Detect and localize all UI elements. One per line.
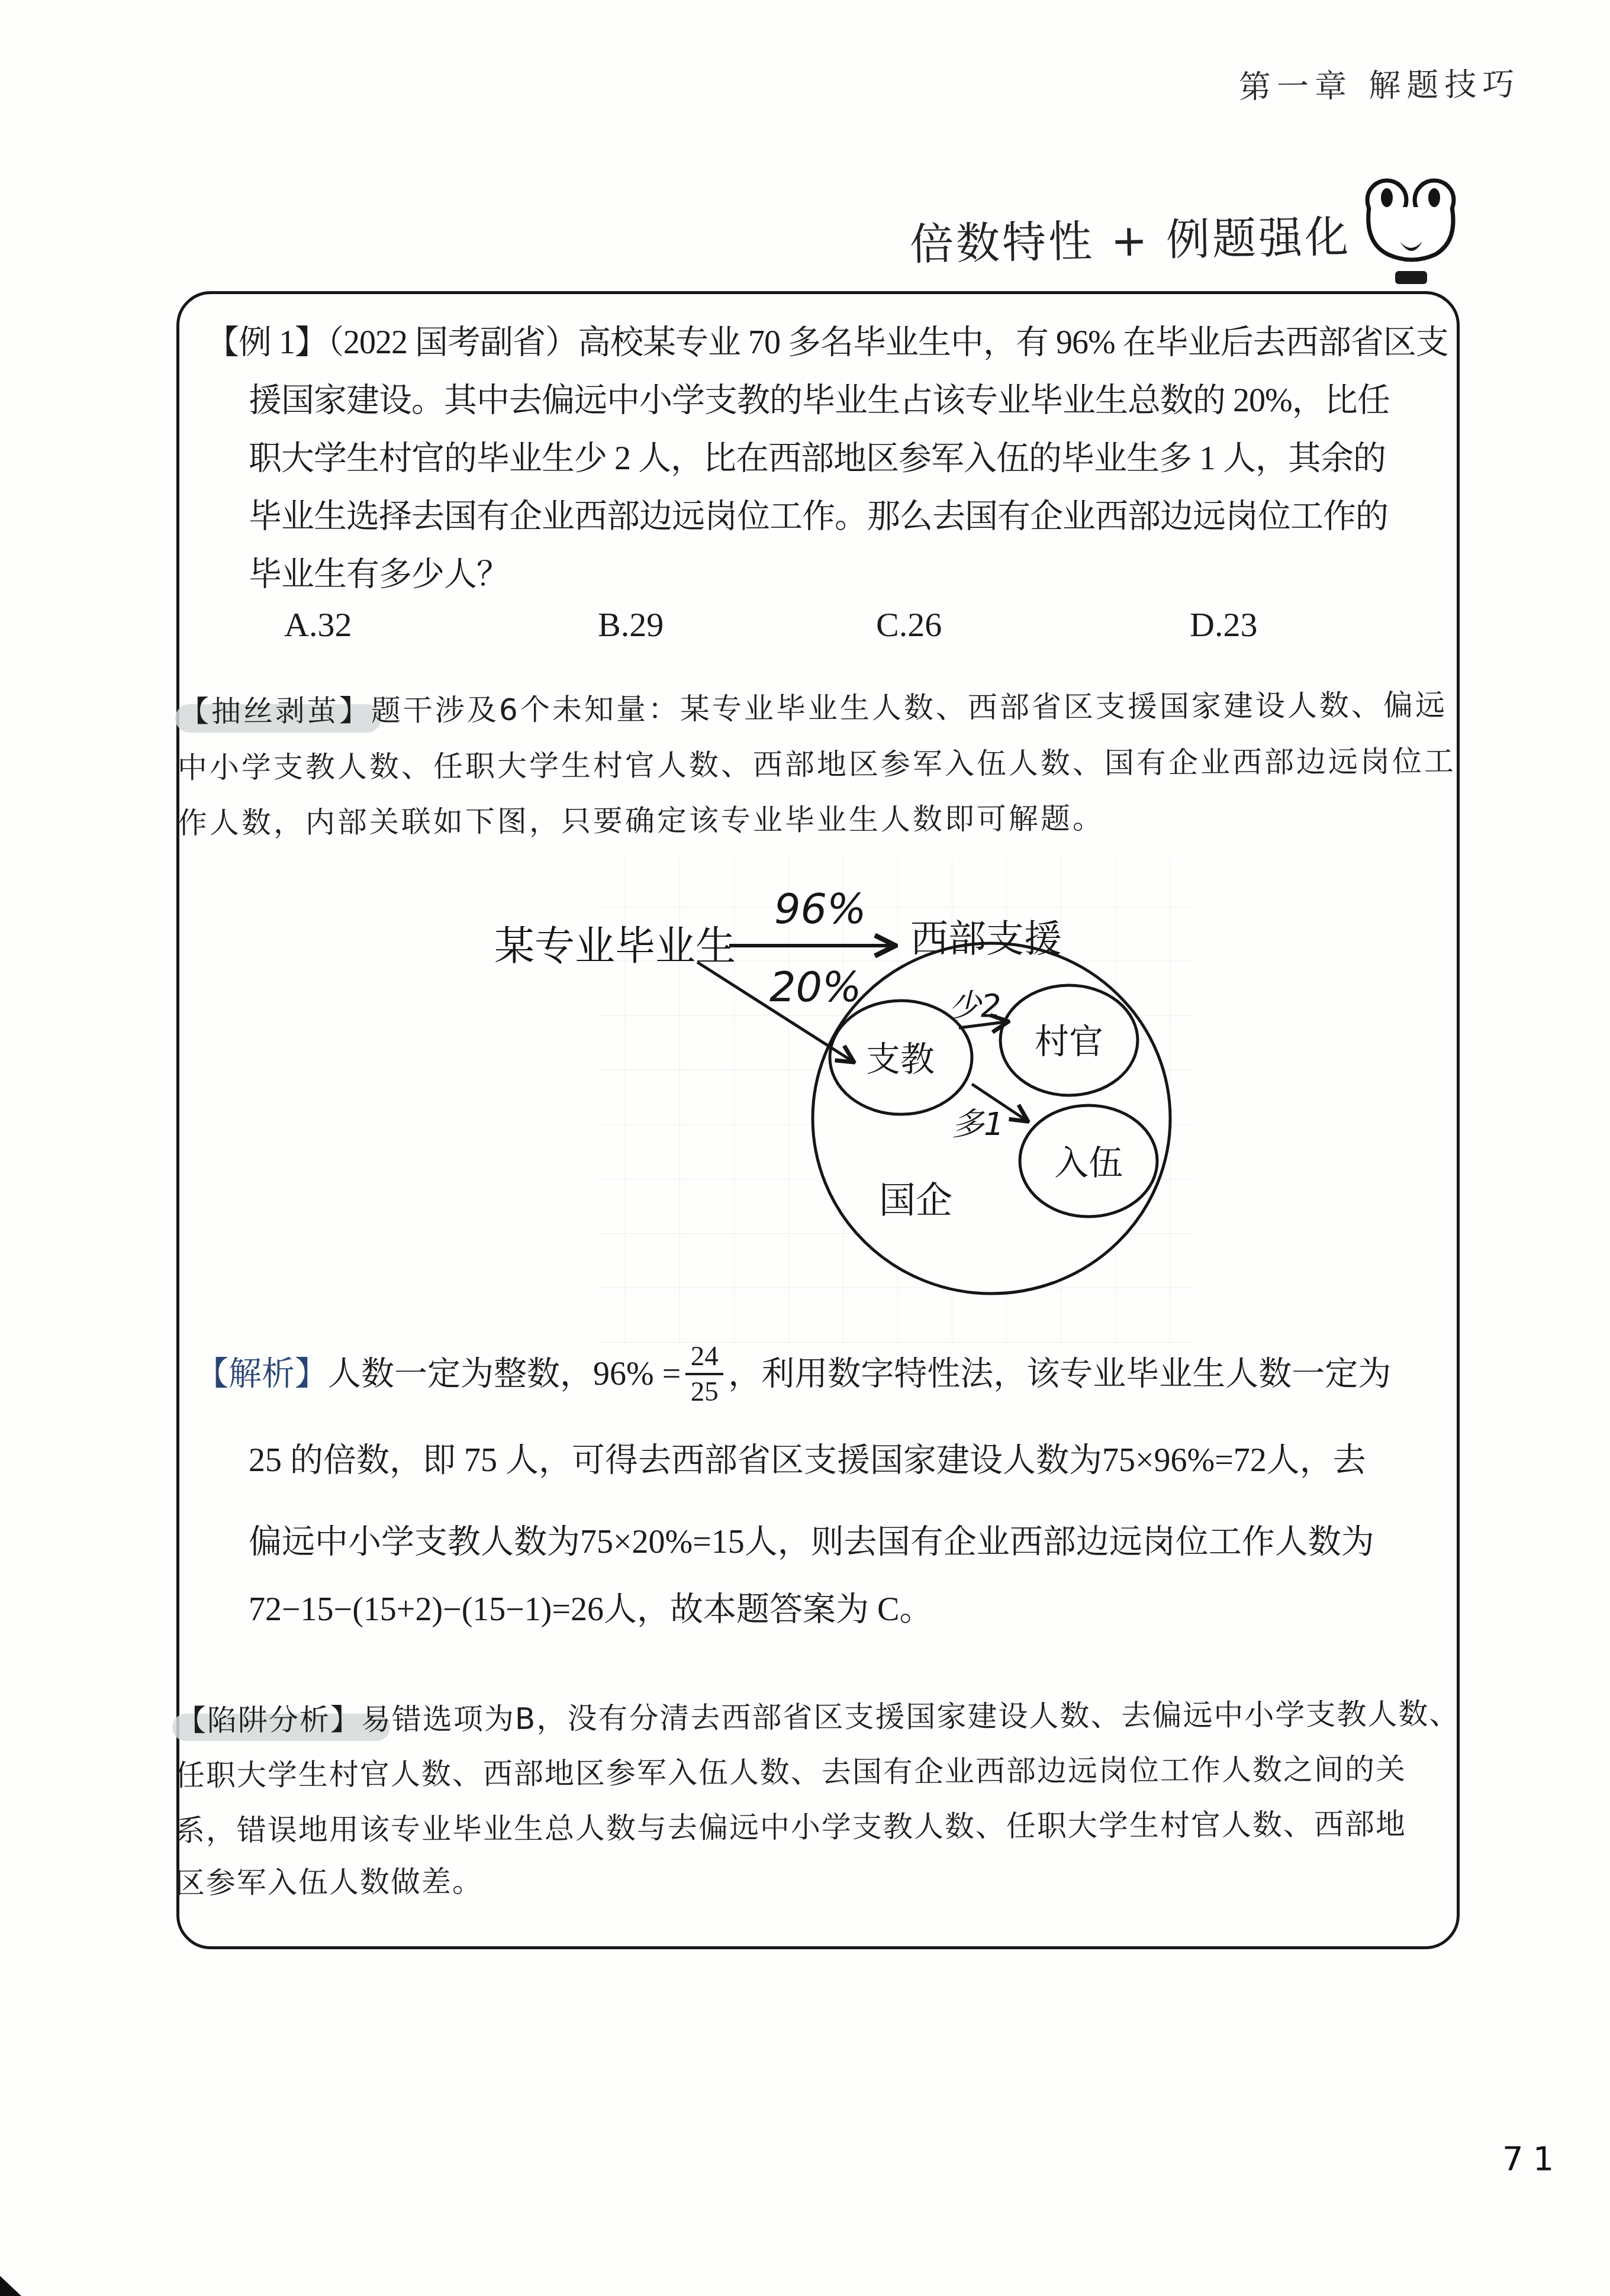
diagram-zhijiao-label: 支教 xyxy=(866,1039,935,1079)
diagram-source-label: 某专业毕业生 xyxy=(494,923,736,970)
problem-line: 职大学生村官的毕业生少 2 人，比在西部地区参军入伍的毕业生多 1 人，其余的 xyxy=(249,437,1386,480)
diagram-more1-label: 多1 xyxy=(952,1105,1004,1143)
solution-line-1-pre: 人数一定为整数，96% = xyxy=(328,1353,681,1395)
relation-diagram: 某专业毕业生 96% 西部支援 20% 支教 村官 入伍 国企 少2 多1 xyxy=(462,852,1202,1385)
frog-body xyxy=(1395,271,1427,284)
peel-line-1-text: 题干涉及6个未知量：某专业毕业生人数、西部省区支援国家建设人数、偏远 xyxy=(371,688,1447,728)
problem-line: 【例 1】（2022 国考副省）高校某专业 70 多名毕业生中，有 96% 在毕… xyxy=(206,321,1448,364)
peel-line-2: 中小学支教人数、任职大学生村官人数、西部地区参军入伍人数、国有企业西部边远岗位工 xyxy=(178,742,1456,786)
solution-line-3: 偏远中小学支教人数为75×20%=15人，则去国有企业西部边远岗位工作人数为 xyxy=(249,1521,1374,1563)
option-a: A.32 xyxy=(284,605,352,644)
solution-label: 【解析】 xyxy=(195,1353,328,1395)
diagram-20pct-label: 20% xyxy=(769,963,862,1011)
fraction-numerator: 24 xyxy=(691,1341,719,1372)
page-number: 71 xyxy=(1502,2140,1563,2178)
diagram-cunguan-label: 村官 xyxy=(1035,1021,1103,1062)
diagram-ruwu-label: 入伍 xyxy=(1054,1143,1123,1183)
trap-label: 【陷阱分析】 xyxy=(176,1702,361,1738)
peel-line-1: 【抽丝剥茧】题干涉及6个未知量：某专业毕业生人数、西部省区支援国家建设人数、偏远 xyxy=(179,686,1447,730)
diagram-96pct-label: 96% xyxy=(774,885,867,933)
fraction-bar xyxy=(685,1373,723,1375)
trap-line-1-text: 易错选项为B，没有分清去西部省区支援国家建设人数、去偏远中小学支教人数、 xyxy=(361,1697,1460,1737)
chapter-header: 第一章 解题技巧 xyxy=(1238,59,1520,108)
problem-line: 毕业生选择去国有企业西部边远岗位工作。那么去国有企业西部边远岗位工作的 xyxy=(249,495,1388,538)
problem-line: 毕业生有多少人？ xyxy=(249,553,509,596)
diagram-less2-label: 少2 xyxy=(949,987,1001,1024)
problem-line: 援国家建设。其中去偏远中小学支教的毕业生占该专业毕业生总数的 20%，比任 xyxy=(249,379,1390,422)
diagram-guoqi-label: 国企 xyxy=(879,1179,952,1222)
peel-label: 【抽丝剥茧】 xyxy=(179,694,371,729)
scan-corner-artifact xyxy=(0,2276,21,2296)
trap-line-3: 系，错误地用该专业毕业生总人数与去偏远中小学支教人数、任职大学生村官人数、西部地 xyxy=(175,1805,1406,1850)
solution-line-1-post: ，利用数字特性法，该专业毕业生人数一定为 xyxy=(728,1353,1391,1395)
trap-line-4: 区参军入伍人数做差。 xyxy=(175,1863,483,1902)
option-d: D.23 xyxy=(1190,605,1257,644)
option-b: B.29 xyxy=(598,605,664,644)
option-c: C.26 xyxy=(876,605,942,644)
fraction-denominator: 25 xyxy=(691,1376,719,1407)
frog-eye-left xyxy=(1381,188,1393,207)
scanned-textbook-page: { "page": { "chapter_header": "第一章 解题技巧"… xyxy=(0,0,1610,2296)
fraction-24-25: 24 25 xyxy=(685,1341,723,1407)
solution-line-4: 72−15−(15+2)−(15−1)=26人，故本题答案为 C。 xyxy=(249,1588,932,1631)
trap-line-2: 任职大学生村官人数、西部地区参军入伍人数、去国有企业西部边远岗位工作人数之间的关 xyxy=(175,1750,1406,1795)
solution-line-1: 【解析】人数一定为整数，96% = 24 25 ，利用数字特性法，该专业毕业生人… xyxy=(195,1330,1391,1418)
trap-line-1: 【陷阱分析】易错选项为B，没有分清去西部省区支援国家建设人数、去偏远中小学支教人… xyxy=(176,1695,1460,1739)
solution-line-2: 25 的倍数，即 75 人，可得去西部省区支援国家建设人数为75×96%=72人… xyxy=(249,1439,1366,1482)
frog-doodle xyxy=(1358,172,1465,290)
frog-eye-right xyxy=(1428,188,1440,207)
section-title: 倍数特性 + 例题强化 xyxy=(909,202,1351,273)
diagram-west-label: 西部支援 xyxy=(910,917,1062,961)
peel-line-3: 作人数，内部关联如下图，只要确定该专业毕业生人数即可解题。 xyxy=(178,799,1105,842)
